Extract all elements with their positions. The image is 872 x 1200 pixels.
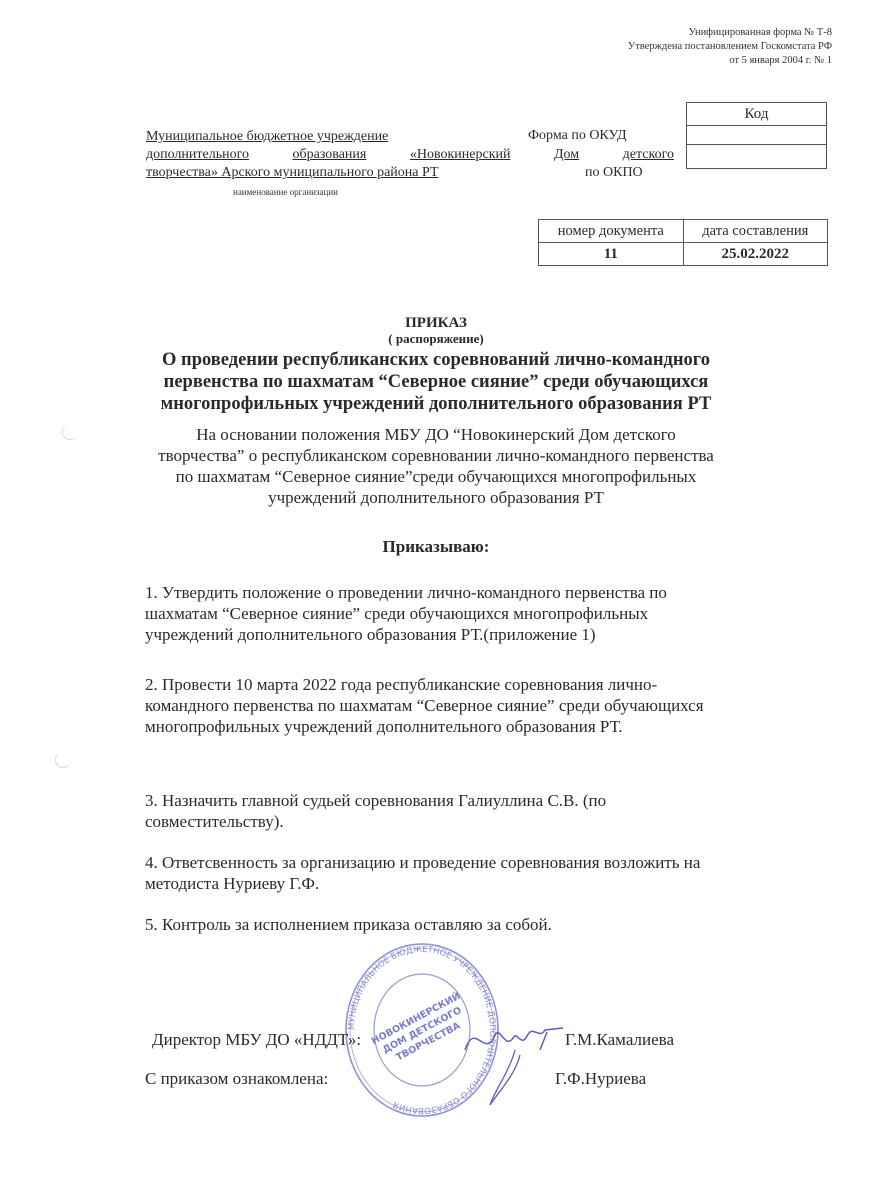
director-label: Директор МБУ ДО «НДДТ»:: [152, 1030, 361, 1050]
form-number: Унифицированная форма № Т-8: [628, 26, 832, 40]
code-header: Код: [687, 103, 827, 126]
org-word: детского: [623, 146, 674, 164]
form-approval-note: Унифицированная форма № Т-8 Утверждена п…: [628, 26, 832, 68]
code-table: Код: [686, 102, 827, 169]
item-line: командного первенства по шахматам “Север…: [145, 695, 835, 716]
approval-date: от 5 января 2004 г. № 1: [628, 54, 832, 68]
org-word: «Новокинерский: [410, 146, 511, 164]
item-line: 3. Назначить главной судьей соревнования…: [145, 790, 835, 811]
approval-line: Утверждена постановлением Госкомстата РФ: [628, 40, 832, 54]
okpo-code-cell: [687, 145, 827, 169]
basis-paragraph: На основании положения МБУ ДО “Новокинер…: [100, 424, 772, 508]
org-line-3: творчества» Арского муниципального район…: [146, 164, 439, 182]
handwritten-signature-icon: [455, 1010, 565, 1110]
heading-line: О проведении республиканских соревновани…: [100, 349, 772, 371]
acquainted-name: Г.Ф.Нуриева: [555, 1069, 646, 1089]
basis-line: учреждений дополнительного образования Р…: [100, 487, 772, 508]
order-item-3: 3. Назначить главной судьей соревнования…: [145, 790, 835, 832]
org-word: Дом: [554, 146, 579, 164]
item-line: совместительству).: [145, 811, 835, 832]
document-title: ПРИКАЗ: [100, 315, 772, 332]
director-name: Г.М.Камалиева: [565, 1030, 674, 1050]
order-item-4: 4. Ответсвенность за организацию и прове…: [145, 852, 835, 894]
order-word: Приказываю:: [100, 537, 772, 557]
acquainted-label: С приказом ознакомлена:: [145, 1069, 328, 1089]
item-line: шахматам “Северное сияние” среди обучающ…: [145, 603, 835, 624]
item-line: 2. Провести 10 марта 2022 года республик…: [145, 674, 835, 695]
item-line: 1. Утвердить положение о проведении личн…: [145, 582, 835, 603]
order-item-1: 1. Утвердить положение о проведении личн…: [145, 582, 835, 645]
heading-line: первенства по шахматам “Северное сияние”…: [100, 371, 772, 393]
org-line-1: Муниципальное бюджетное учреждение: [146, 128, 388, 146]
okpo-label: по ОКПО: [585, 165, 643, 181]
document-subtitle: ( распоряжение): [100, 331, 772, 347]
order-heading: О проведении республиканских соревновани…: [100, 349, 772, 415]
okud-label: Форма по ОКУД: [528, 128, 627, 144]
doc-date-value: 25.02.2022: [683, 243, 827, 266]
order-item-5: 5. Контроль за исполнением приказа остав…: [145, 914, 835, 935]
basis-line: творчества” о республиканском соревнован…: [100, 445, 772, 466]
doc-date-header: дата составления: [683, 220, 827, 243]
item-line: многопрофильных учреждений дополнительно…: [145, 716, 835, 737]
org-caption: наименование организации: [233, 187, 338, 197]
document-number-table: номер документа дата составления 11 25.0…: [538, 219, 828, 266]
heading-line: многопрофильных учреждений дополнительно…: [100, 393, 772, 415]
org-line-2: дополнительного образования «Новокинерск…: [146, 146, 674, 164]
item-line: учреждений дополнительного образования Р…: [145, 624, 835, 645]
item-line: методиста Нуриеву Г.Ф.: [145, 873, 835, 894]
doc-number-value: 11: [539, 243, 684, 266]
punch-hole-mark: [55, 752, 71, 768]
org-word: дополнительного: [146, 146, 249, 164]
order-item-2: 2. Провести 10 марта 2022 года республик…: [145, 674, 835, 737]
doc-number-header: номер документа: [539, 220, 684, 243]
org-word: образования: [293, 146, 367, 164]
okud-code-cell: [687, 126, 827, 145]
item-line: 4. Ответсвенность за организацию и прове…: [145, 852, 835, 873]
basis-line: На основании положения МБУ ДО “Новокинер…: [100, 424, 772, 445]
item-line: 5. Контроль за исполнением приказа остав…: [145, 914, 835, 935]
punch-hole-mark: [62, 424, 78, 440]
basis-line: по шахматам “Северное сияние”среди обуча…: [100, 466, 772, 487]
